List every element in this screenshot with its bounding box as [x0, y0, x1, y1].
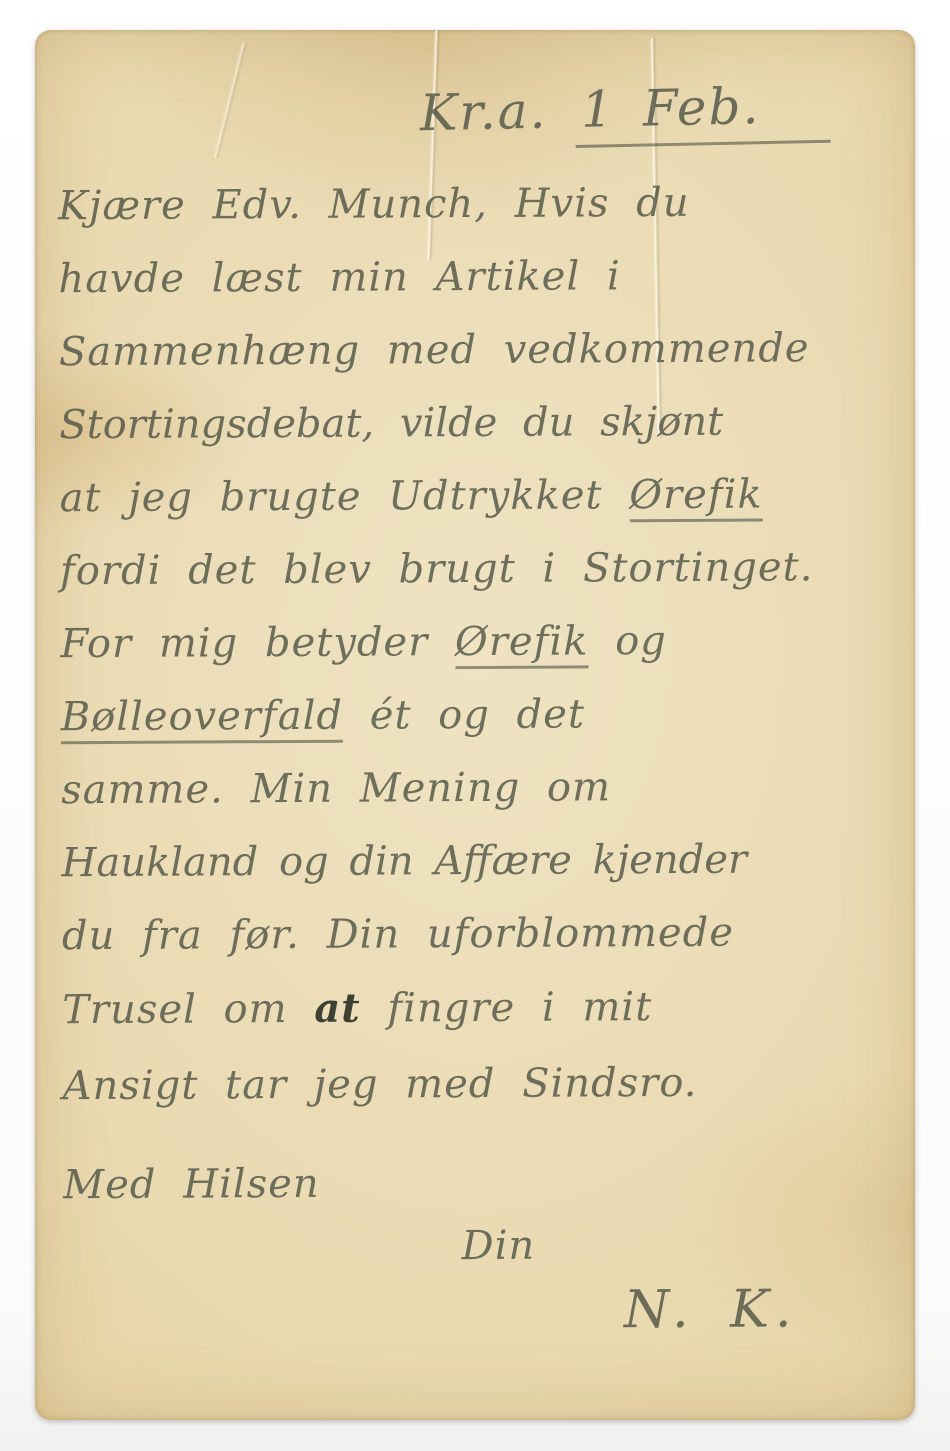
letter-line: samme. Min Mening om — [61, 750, 901, 827]
letter-text: Din — [461, 1223, 535, 1269]
letter-text: N. K. — [624, 1279, 798, 1340]
postcard: Kr.a. 1 Feb. Kjære Edv. Munch, Hvis duha… — [35, 30, 915, 1420]
letter-text: du fra før. Din uforblommede — [62, 910, 734, 960]
letter-text: Trusel om — [62, 986, 314, 1033]
letter-text: at — [314, 985, 361, 1032]
letter-text: Kjære Edv. Munch, Hvis du — [58, 180, 690, 229]
letter-text: fingre i mit — [361, 984, 653, 1032]
letter-text: havde læst min Artikel i — [58, 253, 620, 302]
letter-text: For mig betyder — [60, 619, 455, 667]
dateline-place: Kr.a. — [419, 82, 548, 143]
letter-line: Haukland og din Affære kjender — [61, 823, 901, 900]
dateline-date: 1 Feb. — [575, 76, 832, 148]
letter-line: For mig betyder Ørefik og — [60, 604, 900, 681]
letter-text: ét og det — [343, 691, 585, 738]
letter-line: at jeg brugte Udtrykket Ørefik — [59, 458, 899, 535]
letter-text: fordi det blev brugt i Stortinget. — [60, 544, 814, 594]
letter-text: Stortingsdebat, vilde du skjønt — [59, 399, 723, 448]
letter-text: Haukland og din Affære kjender — [61, 837, 747, 887]
letter-body: Kjære Edv. Munch, Hvis duhavde læst min … — [58, 166, 904, 1350]
letter-line: fordi det blev brugt i Stortinget. — [60, 531, 900, 608]
letter-line: Trusel om at fingre i mit — [62, 969, 902, 1046]
letter-line: N. K. — [624, 1273, 904, 1347]
letter-line: Bølleoverfald ét og det — [61, 677, 901, 754]
underlined-word: Ørefik — [629, 472, 763, 523]
paper-crease — [213, 41, 249, 159]
letter-line: du fra før. Din uforblommede — [62, 896, 902, 973]
letter-text: Ansigt tar jeg med Sindsro. — [63, 1060, 698, 1109]
letter-line: Stortingsdebat, vilde du skjønt — [59, 385, 899, 462]
letter-text: Sammenhæng med vedkommende — [59, 325, 810, 375]
letter-text: at jeg brugte Udtrykket — [60, 472, 630, 521]
letter-text: og — [588, 618, 667, 664]
underlined-word: Bølleoverfald — [61, 693, 344, 744]
letter-text: samme. Min Mening om — [61, 764, 611, 813]
underlined-word: Ørefik — [455, 618, 589, 669]
letter-text: Med Hilsen — [63, 1161, 320, 1208]
letter-line: Ansigt tar jeg med Sindsro. — [63, 1046, 903, 1123]
letter-dateline: Kr.a. 1 Feb. — [419, 76, 831, 152]
letter-line: Sammenhæng med vedkommende — [59, 312, 899, 389]
letter-line: Din — [461, 1208, 903, 1283]
letter-line: Kjære Edv. Munch, Hvis du — [58, 166, 898, 243]
letter-line: havde læst min Artikel i — [58, 239, 898, 316]
